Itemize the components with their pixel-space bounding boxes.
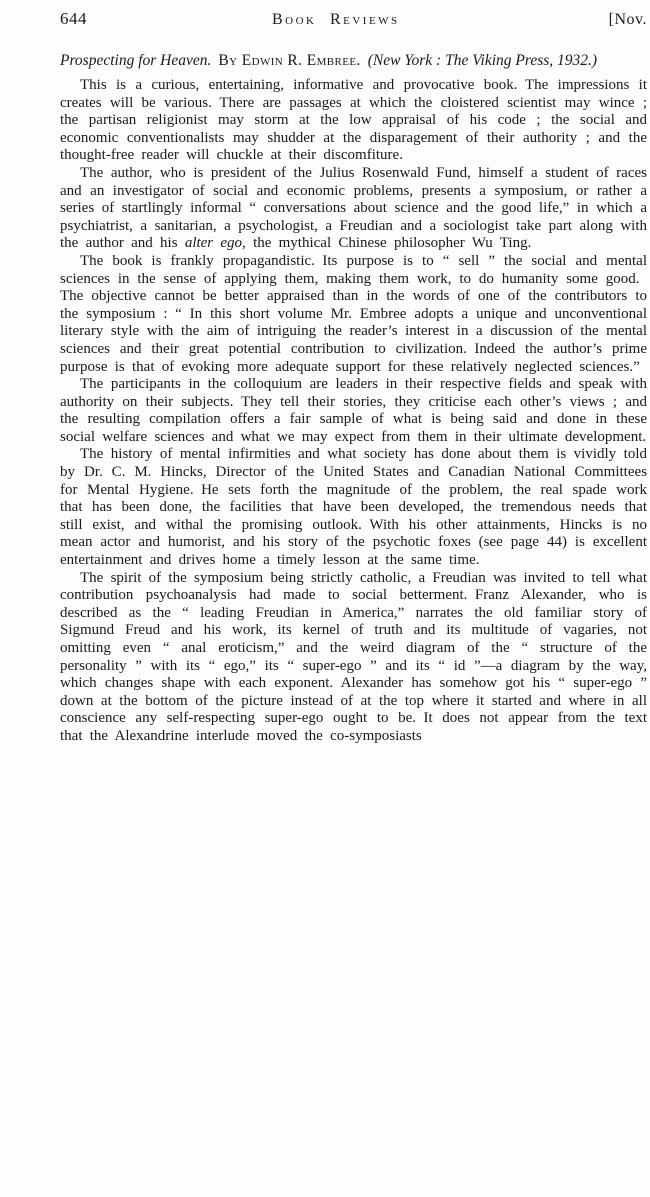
running-title: Book Reviews <box>272 11 400 29</box>
imprint: (New York : The Viking Press, 1932.) <box>368 52 597 69</box>
paragraph: The book is frankly propagandistic. Its … <box>60 253 647 376</box>
text-segment: the mythical Chinese philosopher Wu Ting… <box>246 235 532 251</box>
scanned-page: 644 Book Reviews [Nov. Prospecting for H… <box>0 0 650 1197</box>
paragraph: This is a curious, entertaining, informa… <box>60 77 647 165</box>
review-heading: Prospecting for Heaven.By Edwin R. Embre… <box>60 49 647 72</box>
text-segment: The spirit of the symposium being strict… <box>60 570 647 744</box>
body-text: This is a curious, entertaining, informa… <box>60 77 647 746</box>
page-header: 644 Book Reviews [Nov. <box>60 9 647 29</box>
byline: By Edwin R. Embree. <box>218 52 360 69</box>
italic-phrase: alter ego, <box>185 235 246 251</box>
book-title: Prospecting for Heaven. <box>60 52 211 69</box>
page-number: 644 <box>60 9 87 29</box>
text-segment: The history of mental infirmities and wh… <box>60 446 647 568</box>
paragraph: The participants in the colloquium are l… <box>60 376 647 446</box>
paragraph: The author, who is president of the Juli… <box>60 165 647 253</box>
paragraph: The history of mental infirmities and wh… <box>60 446 647 569</box>
text-segment: The book is frankly propagandistic. Its … <box>60 253 647 375</box>
issue-label: [Nov. <box>609 11 647 29</box>
text-segment: The participants in the colloquium are l… <box>60 376 647 445</box>
paragraph: The spirit of the symposium being strict… <box>60 570 647 746</box>
text-segment: This is a curious, entertaining, informa… <box>60 77 647 163</box>
